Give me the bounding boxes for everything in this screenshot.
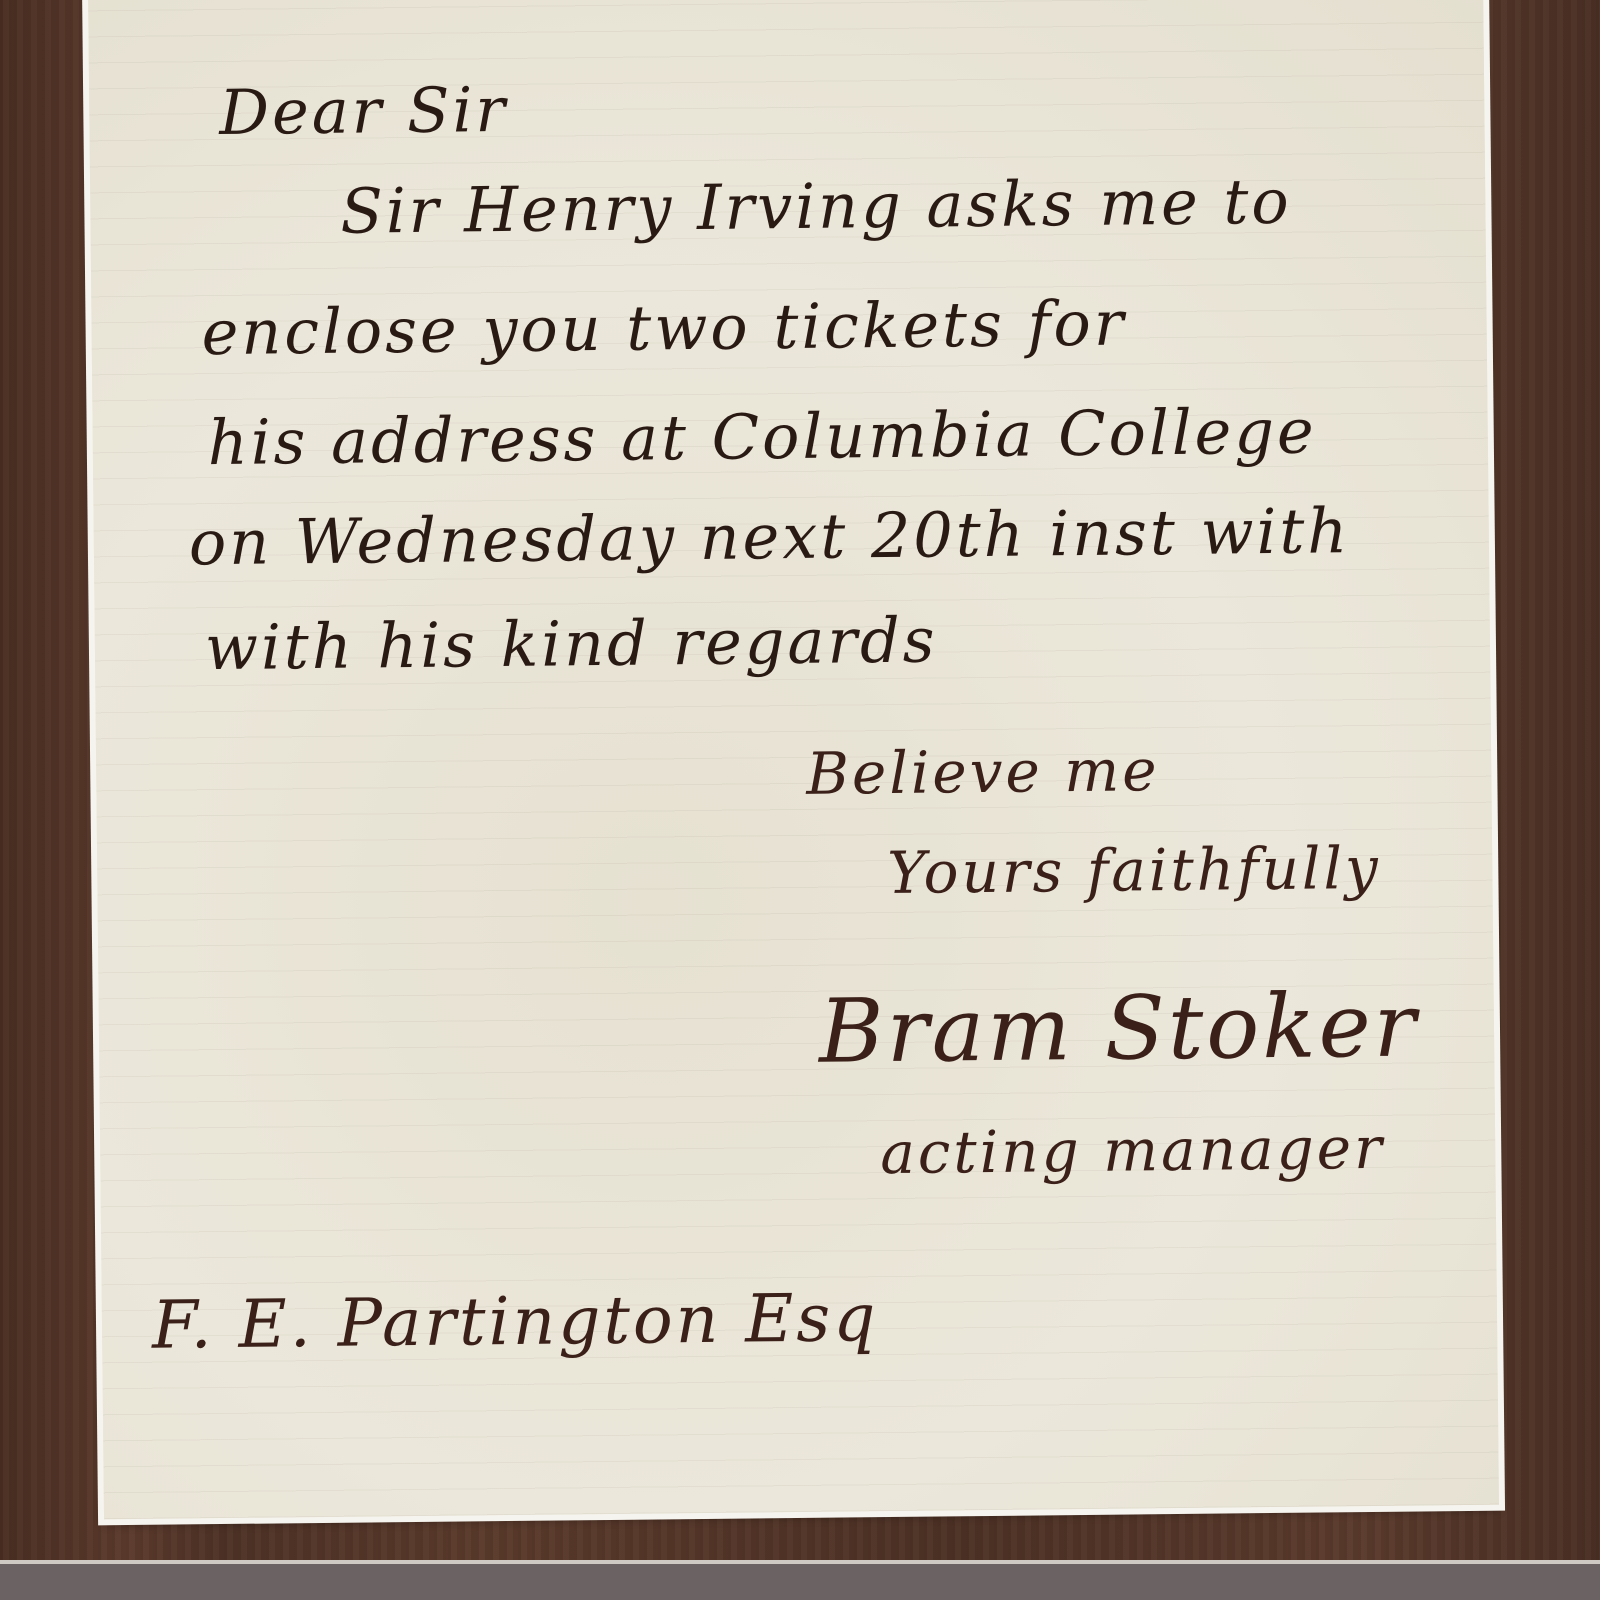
body-line-5: with his kind regards [205, 603, 938, 684]
body-line-4: on Wednesday next 20th inst with [188, 494, 1350, 579]
body-line-1: Sir Henry Irving asks me to [340, 165, 1292, 248]
signature-title: acting manager [880, 1114, 1385, 1187]
frame-bottom-edge [0, 1560, 1600, 1600]
closing-believe-me: Believe me [806, 736, 1160, 808]
body-line-3: his address at Columbia College [207, 395, 1317, 480]
salutation: Dear Sir [219, 73, 508, 149]
addressee-name: F. E. Partington Esq [152, 1279, 879, 1364]
letter-paper: Dear Sir Sir Henry Irving asks me to enc… [88, 0, 1499, 1519]
closing-yours-faithfully: Yours faithfully [887, 834, 1381, 907]
signature-bram-stoker: Bram Stoker [818, 973, 1419, 1082]
body-line-2: enclose you two tickets for [201, 286, 1127, 369]
